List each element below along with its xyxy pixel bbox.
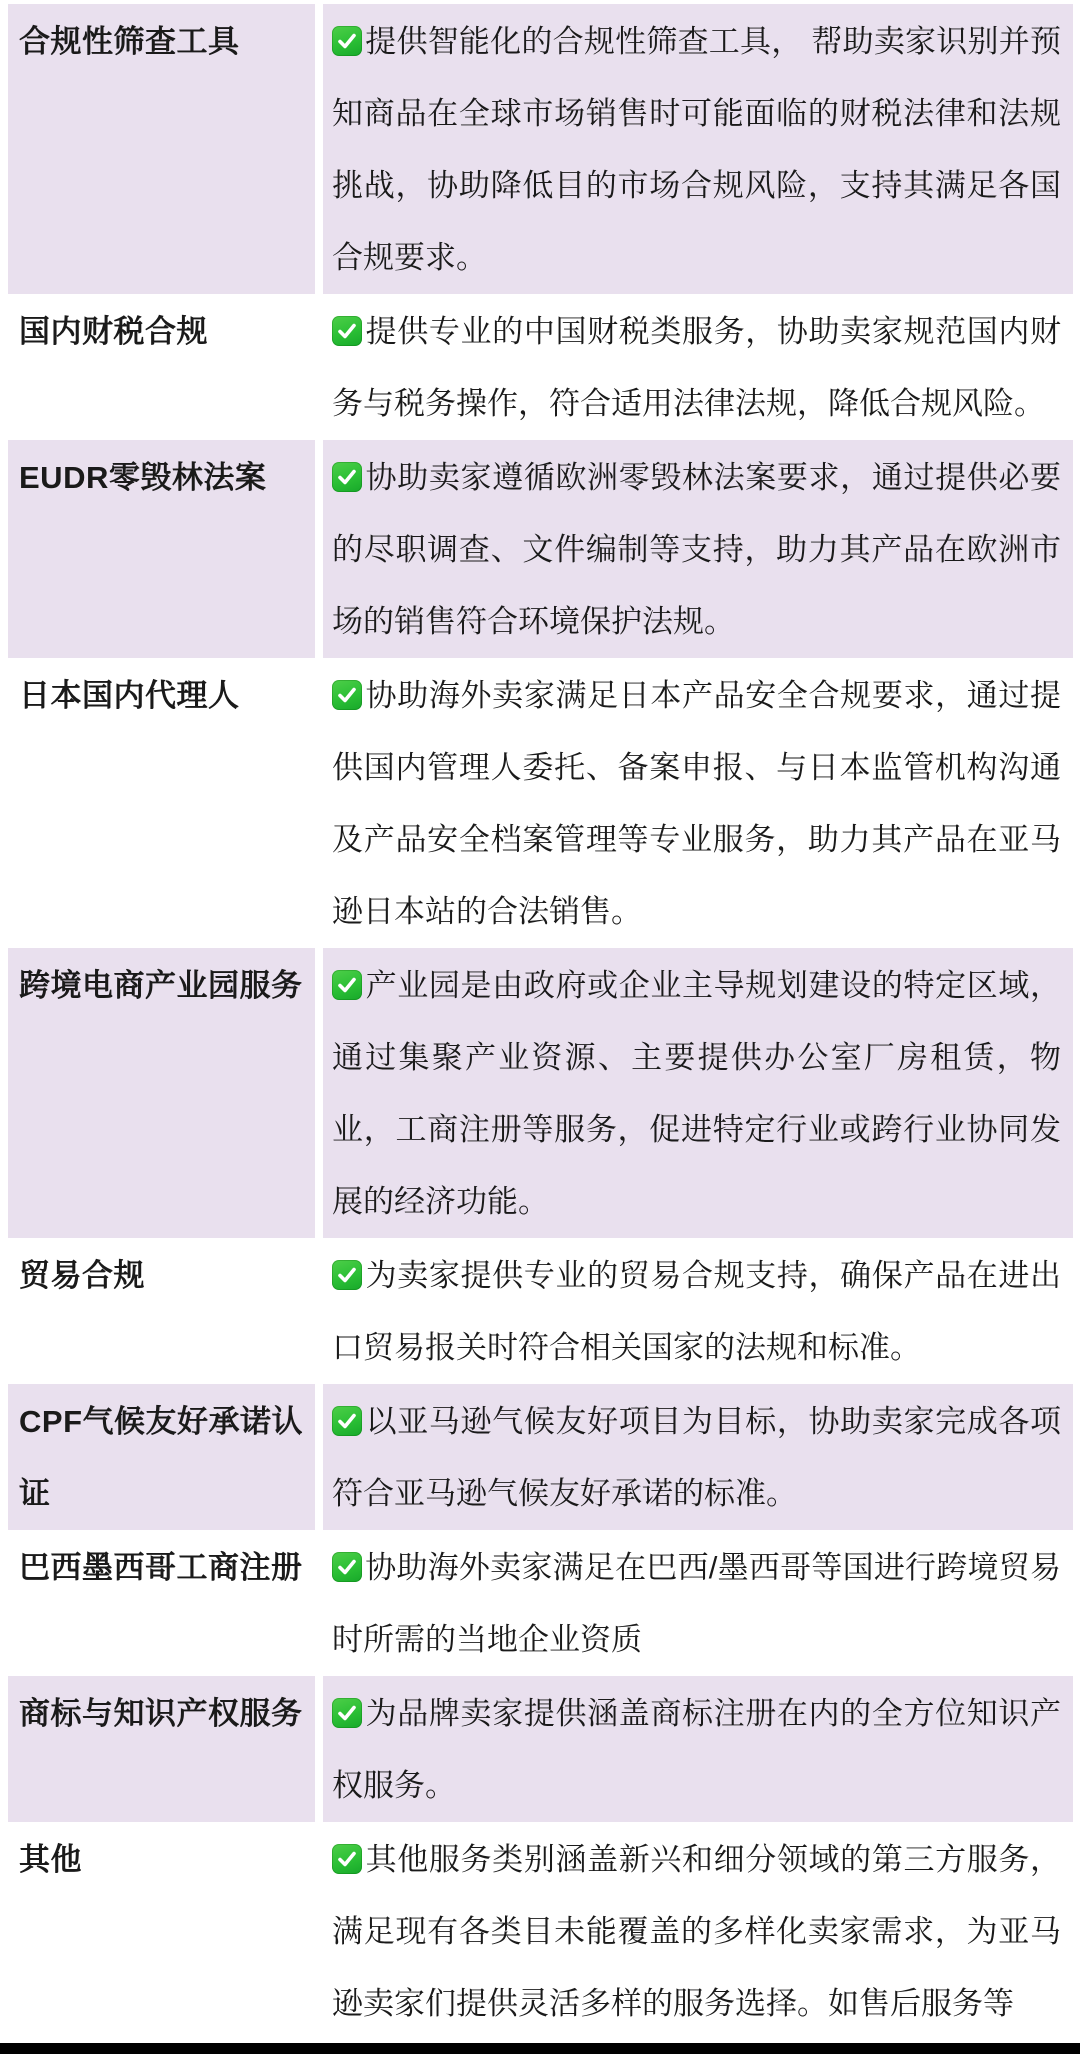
- page: 合规性筛查工具提供智能化的合规性筛查工具， 帮助卖家识别并预知商品在全球市场销售…: [0, 0, 1080, 2054]
- service-name: 合规性筛查工具: [8, 4, 315, 294]
- service-description-cell: 协助海外卖家满足在巴西/墨西哥等国进行跨境贸易时所需的当地企业资质: [323, 1530, 1073, 1676]
- green-check-icon: [332, 1844, 362, 1874]
- service-description: 协助海外卖家满足在巴西/墨西哥等国进行跨境贸易时所需的当地企业资质: [332, 1550, 1061, 1657]
- service-description: 其他服务类别涵盖新兴和细分领域的第三方服务，满足现有各类目未能覆盖的多样化卖家需…: [332, 1842, 1061, 2021]
- service-description-cell: 提供专业的中国财税类服务，协助卖家规范国内财务与税务操作，符合适用法律法规，降低…: [323, 294, 1073, 440]
- green-check-icon: [332, 1406, 362, 1436]
- green-check-icon: [332, 1260, 362, 1290]
- service-name: 巴西墨西哥工商注册: [8, 1530, 315, 1676]
- service-name: 商标与知识产权服务: [8, 1676, 315, 1822]
- service-name: 日本国内代理人: [8, 658, 315, 948]
- service-description: 协助海外卖家满足日本产品安全合规要求，通过提供国内管理人委托、备案申报、与日本监…: [332, 678, 1061, 929]
- service-description: 以亚马逊气候友好项目为目标，协助卖家完成各项符合亚马逊气候友好承诺的标准。: [332, 1404, 1061, 1511]
- service-description-cell: 以亚马逊气候友好项目为目标，协助卖家完成各项符合亚马逊气候友好承诺的标准。: [323, 1384, 1073, 1530]
- bottom-bar: [0, 2043, 1080, 2054]
- table-row: 贸易合规为卖家提供专业的贸易合规支持，确保产品在进出口贸易报关时符合相关国家的法…: [8, 1238, 1073, 1384]
- green-check-icon: [332, 316, 362, 346]
- service-description-cell: 其他服务类别涵盖新兴和细分领域的第三方服务，满足现有各类目未能覆盖的多样化卖家需…: [323, 1822, 1073, 2040]
- service-description-cell: 产业园是由政府或企业主导规划建设的特定区域，通过集聚产业资源、主要提供办公室厂房…: [323, 948, 1073, 1238]
- green-check-icon: [332, 1552, 362, 1582]
- services-table: 合规性筛查工具提供智能化的合规性筛查工具， 帮助卖家识别并预知商品在全球市场销售…: [8, 4, 1073, 2040]
- table-row: CPF气候友好承诺认证以亚马逊气候友好项目为目标，协助卖家完成各项符合亚马逊气候…: [8, 1384, 1073, 1530]
- service-description: 为卖家提供专业的贸易合规支持，确保产品在进出口贸易报关时符合相关国家的法规和标准…: [332, 1258, 1061, 1365]
- service-description-cell: 提供智能化的合规性筛查工具， 帮助卖家识别并预知商品在全球市场销售时可能面临的财…: [323, 4, 1073, 294]
- table-row: 巴西墨西哥工商注册协助海外卖家满足在巴西/墨西哥等国进行跨境贸易时所需的当地企业…: [8, 1530, 1073, 1676]
- green-check-icon: [332, 970, 362, 1000]
- service-name: 其他: [8, 1822, 315, 2040]
- service-name: EUDR零毁林法案: [8, 440, 315, 658]
- service-description: 产业园是由政府或企业主导规划建设的特定区域，通过集聚产业资源、主要提供办公室厂房…: [332, 968, 1061, 1219]
- service-name: 跨境电商产业园服务: [8, 948, 315, 1238]
- table-row: 跨境电商产业园服务产业园是由政府或企业主导规划建设的特定区域，通过集聚产业资源、…: [8, 948, 1073, 1238]
- service-description-cell: 协助卖家遵循欧洲零毁林法案要求，通过提供必要的尽职调查、文件编制等支持，助力其产…: [323, 440, 1073, 658]
- green-check-icon: [332, 680, 362, 710]
- service-description-cell: 协助海外卖家满足日本产品安全合规要求，通过提供国内管理人委托、备案申报、与日本监…: [323, 658, 1073, 948]
- service-description: 协助卖家遵循欧洲零毁林法案要求，通过提供必要的尽职调查、文件编制等支持，助力其产…: [332, 460, 1061, 639]
- green-check-icon: [332, 1698, 362, 1728]
- service-description-cell: 为卖家提供专业的贸易合规支持，确保产品在进出口贸易报关时符合相关国家的法规和标准…: [323, 1238, 1073, 1384]
- table-row: EUDR零毁林法案协助卖家遵循欧洲零毁林法案要求，通过提供必要的尽职调查、文件编…: [8, 440, 1073, 658]
- service-description: 为品牌卖家提供涵盖商标注册在内的全方位知识产权服务。: [332, 1696, 1061, 1803]
- service-name: 国内财税合规: [8, 294, 315, 440]
- green-check-icon: [332, 462, 362, 492]
- table-row: 日本国内代理人协助海外卖家满足日本产品安全合规要求，通过提供国内管理人委托、备案…: [8, 658, 1073, 948]
- green-check-icon: [332, 26, 362, 56]
- table-row: 国内财税合规提供专业的中国财税类服务，协助卖家规范国内财务与税务操作，符合适用法…: [8, 294, 1073, 440]
- service-description: 提供专业的中国财税类服务，协助卖家规范国内财务与税务操作，符合适用法律法规，降低…: [332, 314, 1061, 421]
- table-row: 合规性筛查工具提供智能化的合规性筛查工具， 帮助卖家识别并预知商品在全球市场销售…: [8, 4, 1073, 294]
- service-name: 贸易合规: [8, 1238, 315, 1384]
- service-name: CPF气候友好承诺认证: [8, 1384, 315, 1530]
- service-description-cell: 为品牌卖家提供涵盖商标注册在内的全方位知识产权服务。: [323, 1676, 1073, 1822]
- service-description: 提供智能化的合规性筛查工具， 帮助卖家识别并预知商品在全球市场销售时可能面临的财…: [332, 24, 1061, 275]
- table-row: 其他其他服务类别涵盖新兴和细分领域的第三方服务，满足现有各类目未能覆盖的多样化卖…: [8, 1822, 1073, 2040]
- table-row: 商标与知识产权服务为品牌卖家提供涵盖商标注册在内的全方位知识产权服务。: [8, 1676, 1073, 1822]
